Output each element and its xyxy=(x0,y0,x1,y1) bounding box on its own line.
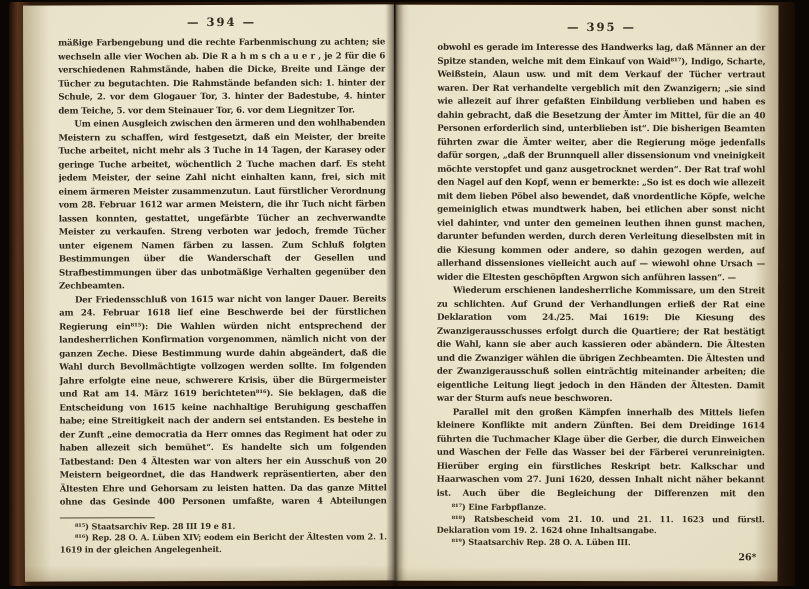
page-394: — 394 — mäßige Farbengebung und die rech… xyxy=(23,4,396,581)
page-number-left: — 394 — xyxy=(58,14,385,29)
paragraph: Um einen Ausgleich zwischen den ärmeren … xyxy=(58,117,386,294)
page-number-right: — 395 — xyxy=(437,20,765,35)
paragraph: Parallel mit den großen Kämpfen innerhal… xyxy=(437,406,765,499)
footnote: ⁸¹⁷) Eine Farbpflanze. xyxy=(437,502,765,514)
footnote: ⁸¹⁶) Rep. 28 O. A. Lüben XIV; eodem ein … xyxy=(60,532,387,556)
book-spread: — 394 — mäßige Farbengebung und die rech… xyxy=(9,2,795,586)
paragraph-continuation: mäßige Farbengebung und die rechte Farbe… xyxy=(58,36,385,118)
footnote: ⁸¹⁹) Staatsarchiv Rep. 28 O. A. Lüben II… xyxy=(437,536,765,548)
page-395: — 395 — obwohl es gerade im Interesse de… xyxy=(394,5,778,582)
paragraph: Der Friedensschluß von 1615 war nicht vo… xyxy=(59,293,387,511)
signature-mark: 26* xyxy=(437,548,765,564)
footnotes-right: ⁸¹⁷) Eine Farbpflanze. ⁸¹⁸) Ratsbescheid… xyxy=(437,502,765,548)
footnotes-left: ⁸¹⁵) Staatsarchiv Rep. 28 III 19 e 81. ⁸… xyxy=(60,513,387,555)
footnote-rule xyxy=(60,517,155,518)
paragraph-continuation: obwohl es gerade im Interesse des Handwe… xyxy=(437,42,765,286)
page-body-right: obwohl es gerade im Interesse des Handwe… xyxy=(437,42,766,500)
footnote: ⁸¹⁸) Ratsbescheid vom 21. 10. und 21. 11… xyxy=(437,514,765,537)
page-body-left: mäßige Farbengebung und die rechte Farbe… xyxy=(58,36,387,511)
book-scan-photo: — 394 — mäßige Farbengebung und die rech… xyxy=(0,0,809,589)
paragraph: Wiederum erschienen landesherrliche Komm… xyxy=(437,285,765,407)
